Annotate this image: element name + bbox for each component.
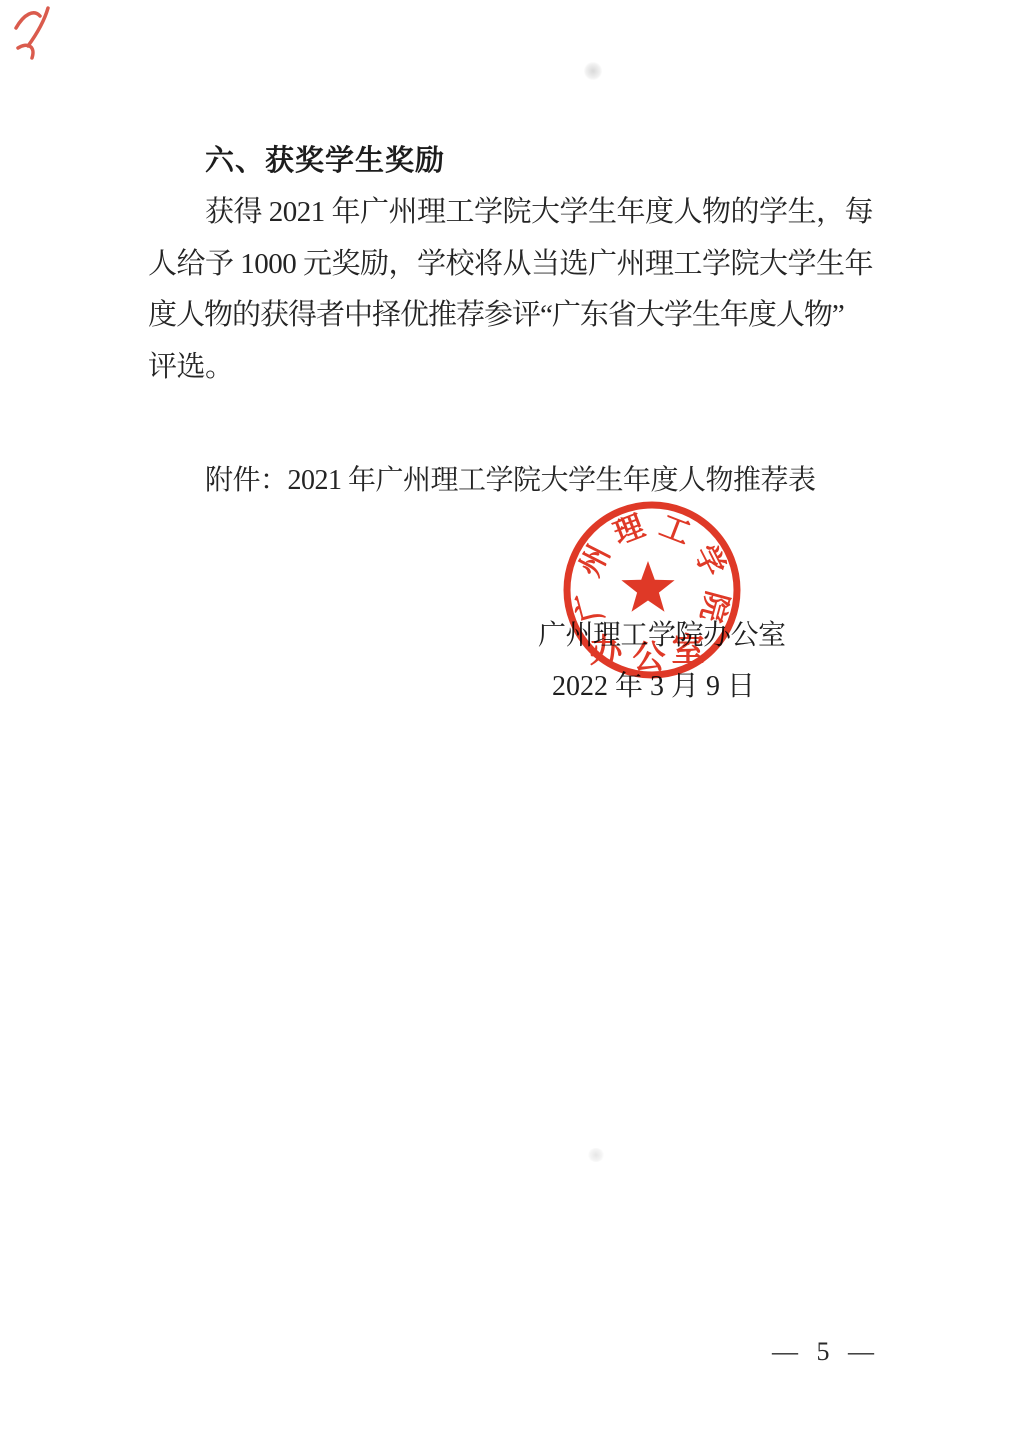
seal-bottom-char-3: 室 bbox=[672, 632, 705, 669]
paragraph-line-1: 获得 2021 年广州理工学院大学生年度人物的学生，每 bbox=[205, 189, 873, 230]
scan-speck-bottom bbox=[588, 1148, 604, 1162]
red-pen-marks bbox=[6, 2, 76, 72]
seal-arc-char-6: 院 bbox=[694, 588, 734, 626]
seal-arc-char-1: 广 bbox=[570, 588, 610, 626]
paragraph-line-3: 度人物的获得者中择优推荐参评“广东省大学生年度人物” bbox=[148, 292, 844, 333]
official-seal: 广 州 理 工 学 院 办 公 室 bbox=[557, 498, 747, 688]
paragraph-line-4: 评选。 bbox=[148, 344, 234, 385]
seal-bottom-char-1: 办 bbox=[590, 633, 624, 670]
seal-bottom-char-2: 公 bbox=[633, 640, 666, 676]
paragraph-line-2: 人给予 1000 元奖励，学校将从当选广州理工学院大学生年 bbox=[148, 241, 873, 282]
scan-speck-top bbox=[584, 62, 602, 80]
document-page: 六、获奖学生奖励 获得 2021 年广州理工学院大学生年度人物的学生，每 人给予… bbox=[0, 0, 1024, 1446]
page-number: — 5 — bbox=[772, 1337, 880, 1367]
section-heading: 六、获奖学生奖励 bbox=[205, 138, 445, 179]
attachment-line: 附件：2021 年广州理工学院大学生年度人物推荐表 bbox=[205, 458, 816, 498]
seal-star-icon bbox=[621, 561, 674, 612]
